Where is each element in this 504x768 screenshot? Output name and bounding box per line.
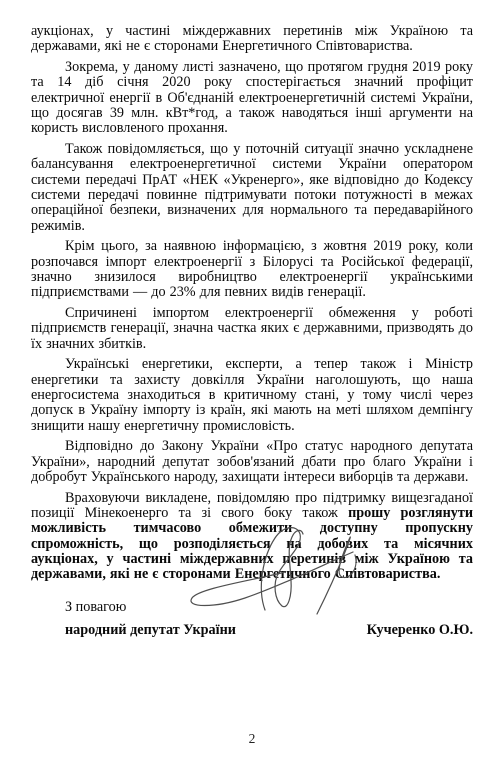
signer-row: народний депутат України Кучеренко О.Ю. xyxy=(31,623,473,638)
paragraph: Спричинені імпортом електроенергії обмеж… xyxy=(31,306,473,352)
closing-salutation: З повагою xyxy=(31,600,473,615)
page-number: 2 xyxy=(0,731,504,747)
document-page: аукціонах, у частині міждержавних перети… xyxy=(0,0,504,768)
signer-name: Кучеренко О.Ю. xyxy=(367,623,473,638)
paragraph-continuation: аукціонах, у частині міждержавних перети… xyxy=(31,24,473,55)
signer-title: народний депутат України xyxy=(65,623,236,638)
paragraph: Відповідно до Закону України «Про статус… xyxy=(31,439,473,485)
paragraph: Також повідомляється, що у поточній ситу… xyxy=(31,142,473,234)
paragraph: Зокрема, у даному листі зазначено, що пр… xyxy=(31,60,473,136)
closing-block: З повагою народний депутат України Кучер… xyxy=(31,600,473,639)
paragraph-final: Враховуючи викладене, повідомляю про під… xyxy=(31,491,473,583)
paragraph: Крім цього, за наявною інформацією, з жо… xyxy=(31,239,473,300)
paragraph: Українські енергетики, експерти, а тепер… xyxy=(31,357,473,433)
letter-body: аукціонах, у частині міждержавних перети… xyxy=(31,24,473,638)
